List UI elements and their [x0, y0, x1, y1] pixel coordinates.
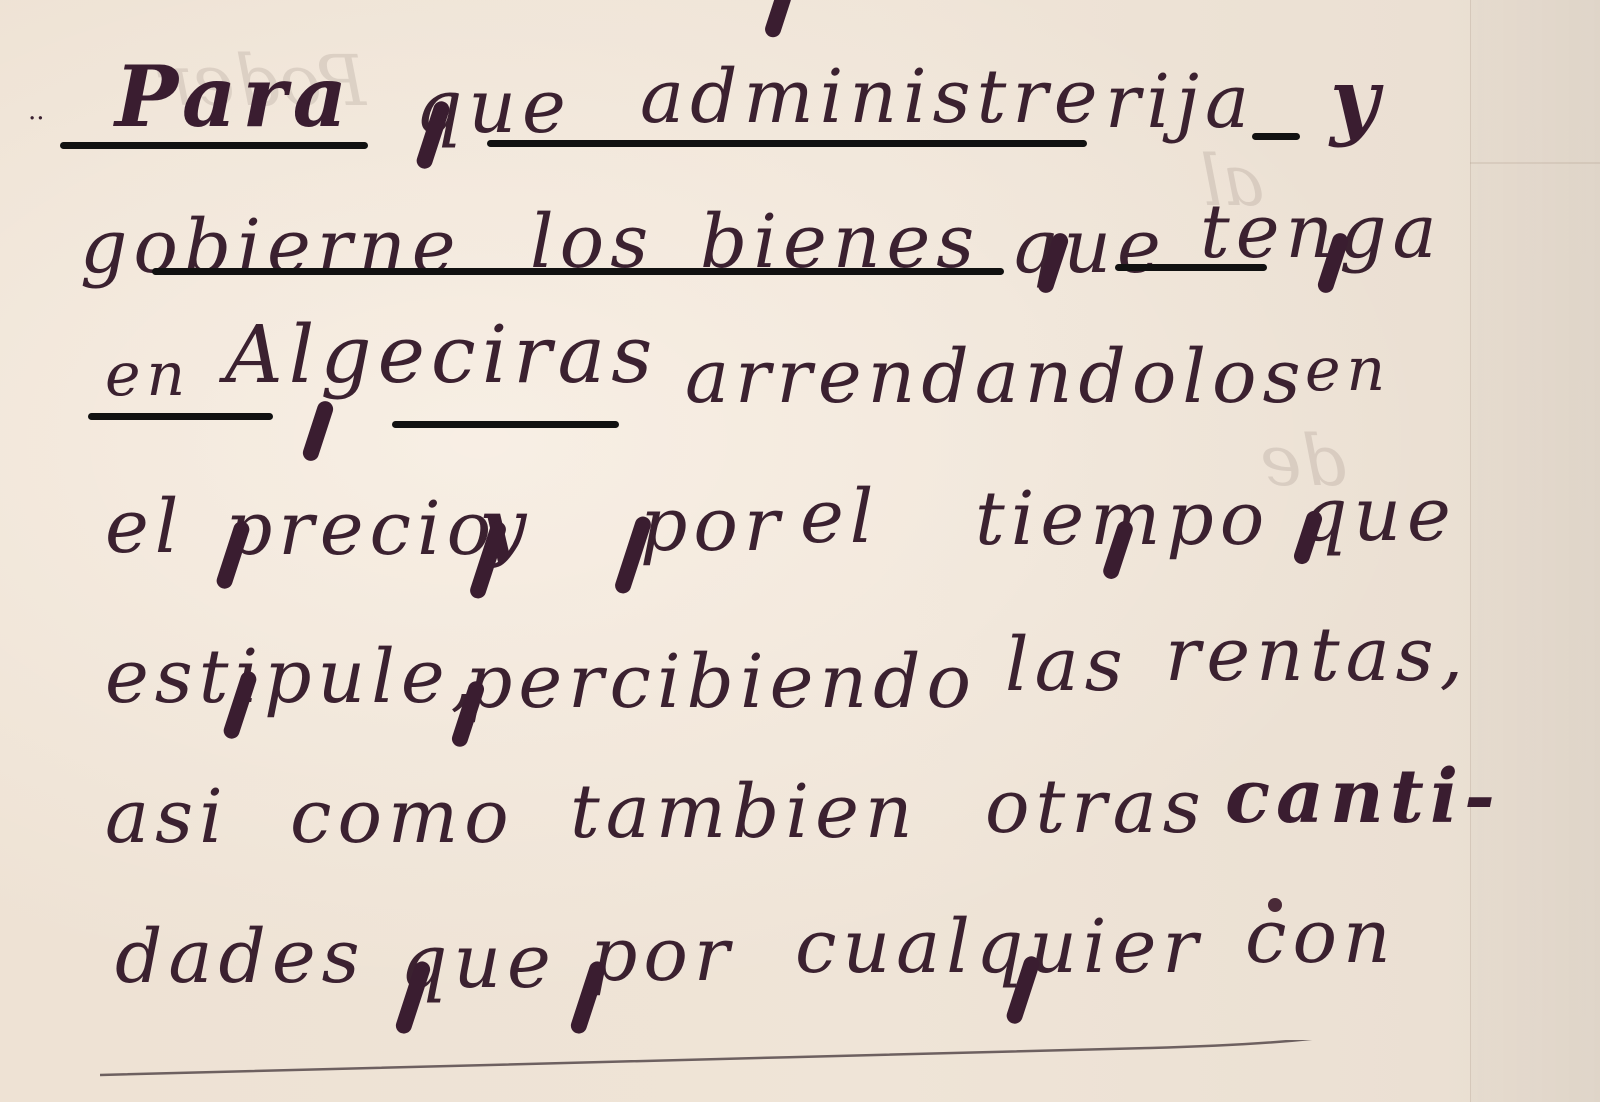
word-arrendandolos: arrendandolos	[685, 340, 1307, 414]
underline-mark	[1252, 133, 1300, 140]
word-algeciras: Algeciras	[225, 315, 658, 395]
ink-blot	[1268, 898, 1282, 912]
word-el: el	[800, 480, 879, 554]
ink-descender	[763, 0, 793, 39]
word-administre: administre	[640, 60, 1104, 134]
word-las: las	[1005, 628, 1129, 702]
word-rija: rija	[1105, 65, 1255, 139]
word-cualquier: cualquier	[795, 910, 1204, 984]
underline-administre	[487, 140, 1087, 147]
word-tenga: tenga	[1200, 195, 1443, 269]
word-en: en	[105, 345, 191, 405]
word-con: con	[1245, 900, 1397, 974]
underline-tenga	[1115, 264, 1267, 271]
word-por: por	[640, 488, 785, 562]
page-edge-shadow	[1470, 0, 1600, 1102]
word-por: por	[590, 918, 735, 992]
underline-gobierne-los-bienes	[152, 268, 1004, 275]
paper-fold	[1470, 162, 1600, 164]
closing-pen-stroke	[100, 1040, 1470, 1080]
word-otras: otras	[985, 770, 1207, 844]
word-rentas: rentas,	[1165, 618, 1469, 692]
word-para: Para	[115, 55, 353, 139]
word-que: que	[1300, 478, 1457, 552]
underline-en	[88, 413, 273, 420]
word-estipule: estipule,	[105, 640, 480, 714]
underline-para	[60, 142, 368, 149]
word-que: que	[1010, 210, 1167, 284]
lead-mark: ..	[28, 96, 45, 126]
word-en-abbrev: en	[1305, 340, 1391, 400]
word-tambien: tambien	[570, 775, 919, 849]
underline-algeciras	[392, 421, 619, 428]
word-asi: asi	[105, 780, 229, 854]
word-como: como	[290, 780, 515, 854]
ink-descender	[301, 399, 335, 463]
word-y: y	[1330, 58, 1385, 142]
word-dades: dades	[115, 920, 366, 994]
word-percibiendo: percibiendo	[465, 645, 977, 719]
word-el: el	[105, 490, 184, 564]
manuscript-line-7: dades que por cualquier con	[0, 0, 1600, 1]
word-precio: precio	[225, 492, 497, 566]
manuscript-page: Poder al de .. Para que administre rija …	[0, 0, 1600, 1102]
word-canti: canti-	[1225, 760, 1501, 834]
